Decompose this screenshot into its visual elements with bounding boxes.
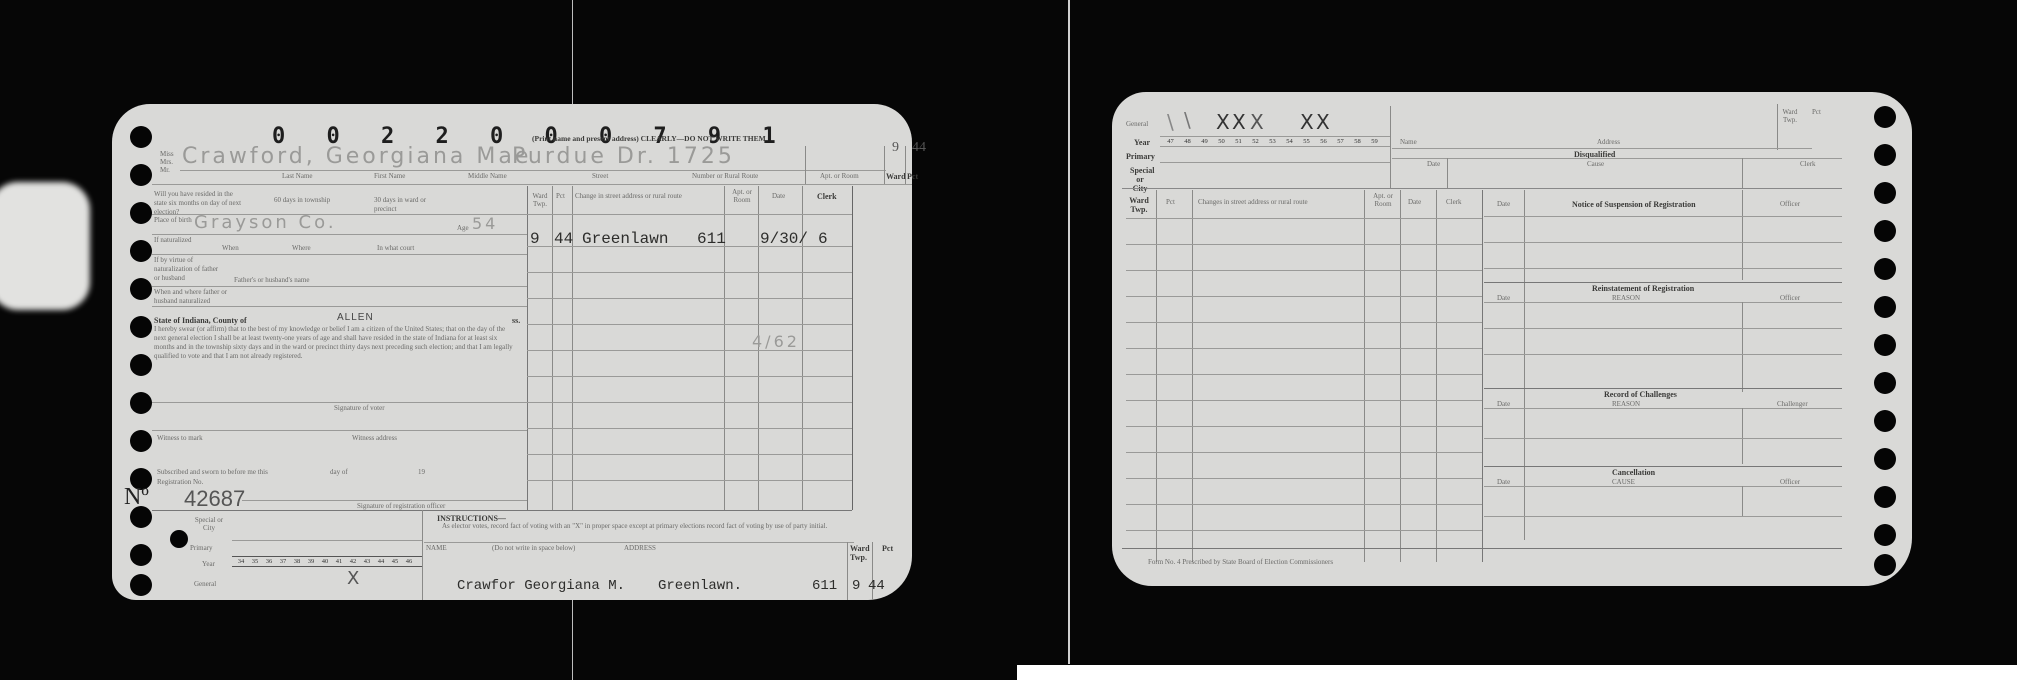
row-label-special: Special or City (194, 516, 224, 532)
year-cell: 35 (248, 558, 262, 565)
divider (152, 306, 527, 307)
disq-cause-label: Cause (1587, 160, 1604, 168)
punch-hole (130, 240, 152, 262)
year-cell: 56 (1315, 138, 1332, 145)
header-ward: Ward Twp. (1126, 196, 1152, 214)
divider (1742, 486, 1743, 516)
row-label-general: General (1126, 120, 1148, 128)
divider (1484, 282, 1842, 283)
year-cell: 47 (1162, 138, 1179, 145)
punch-hole (170, 530, 188, 548)
place-of-birth-value: Grayson Co. (194, 212, 337, 233)
year-cell: 45 (388, 558, 402, 565)
year-cell: 58 (1349, 138, 1366, 145)
cancellation-officer-label: Officer (1780, 478, 1800, 486)
vote-mark-x: X (1316, 110, 1330, 134)
label-first-name: First Name (374, 172, 405, 180)
virtue-label: If by virtue of naturalization of father… (154, 256, 224, 283)
grid-line (232, 566, 422, 567)
grid-line (232, 540, 422, 541)
row-line (1484, 268, 1842, 269)
grid-line (1160, 162, 1390, 163)
year-cell: 54 (1281, 138, 1298, 145)
divider (1742, 408, 1743, 464)
year-cell: 48 (1179, 138, 1196, 145)
row-label-general: General (194, 580, 216, 588)
label-pct: Pct (907, 172, 918, 181)
divider (152, 510, 852, 511)
year-cell: 44 (374, 558, 388, 565)
punch-hole (1874, 524, 1896, 546)
footer-address-label: ADDRESS (624, 544, 656, 552)
header-ward: Ward Twp. (530, 192, 550, 208)
grid-line (232, 556, 422, 557)
divider (1364, 190, 1365, 562)
row-line (1126, 244, 1482, 245)
reinstatement-officer-label: Officer (1780, 294, 1800, 302)
footer-note: (Do not write in space below) (492, 544, 575, 552)
disq-clerk-label: Clerk (1800, 160, 1816, 168)
prefix-miss: Miss (160, 150, 174, 158)
signature-line (152, 402, 527, 403)
label-middle-name: Middle Name (468, 172, 507, 180)
header-apt: Apt. or Room (1367, 192, 1399, 208)
divider (805, 146, 806, 184)
year-cell: 49 (1196, 138, 1213, 145)
divider (1392, 158, 1842, 159)
divider (152, 286, 527, 287)
year-cell: 59 (1366, 138, 1383, 145)
punch-hole (1874, 486, 1896, 508)
divider (1392, 148, 1812, 149)
punch-hole (130, 574, 152, 596)
header-clerk: Clerk (1446, 198, 1462, 206)
divider (152, 184, 912, 185)
row-line (1484, 354, 1842, 355)
row-line (527, 428, 852, 429)
cancellation-cause-label: CAUSE (1612, 478, 1635, 486)
year-cell: 37 (276, 558, 290, 565)
vote-mark-x: X (1232, 110, 1246, 134)
row-line (1126, 426, 1482, 427)
registration-card-front: 0 0 2 2 0 0 0 7 9 1 (Print name and pres… (112, 104, 912, 600)
label-last-name: Last Name (282, 172, 313, 180)
year-cell: 50 (1213, 138, 1230, 145)
row-line (527, 402, 852, 403)
divider (847, 542, 848, 600)
reinstatement-title: Reinstatement of Registration (1592, 284, 1694, 293)
year-label: 19 (418, 468, 425, 476)
age-label: Age (457, 224, 469, 232)
footer-typed-name: Crawfor Georgiana M. (457, 578, 625, 594)
punch-hole (130, 544, 152, 566)
divider (1742, 302, 1743, 392)
reg-officer-label: Signature of registration officer (357, 502, 445, 510)
divider (1777, 104, 1778, 150)
year-cell: 40 (318, 558, 332, 565)
signature-line (242, 500, 527, 501)
year-cell: 55 (1298, 138, 1315, 145)
year-cell: 46 (402, 558, 416, 565)
subscribed-label: Subscribed and sworn to before me this (157, 468, 268, 476)
row-line (527, 376, 852, 377)
punch-hole (1874, 106, 1896, 128)
registration-number: 42687 (184, 486, 245, 512)
footer-typed-number: 611 (812, 578, 837, 594)
oath-text: I hereby swear (or affirm) that to the b… (154, 325, 514, 361)
days-30-label: 30 days in ward or precinct (374, 196, 434, 214)
row-line (1126, 348, 1482, 349)
row-line (527, 350, 852, 351)
frame-border (1017, 665, 2017, 680)
year-cell: 53 (1264, 138, 1281, 145)
punch-hole (1874, 296, 1896, 318)
header-instruction: (Print name and present address) CLEARLY… (532, 134, 766, 143)
prefix-mrs: Mrs. (160, 158, 173, 166)
challenges-challenger-label: Challenger (1777, 400, 1808, 408)
registration-card-back: General Year Primary Special or City 47 … (1112, 92, 1912, 586)
row-line (1126, 270, 1482, 271)
row-line (1484, 408, 1842, 409)
divider (1482, 190, 1483, 562)
punch-hole (1874, 410, 1896, 432)
father-name-label: Father's or husband's name (234, 276, 309, 284)
oath-heading: State of Indiana, County of (154, 316, 247, 325)
row-line (1484, 486, 1842, 487)
row-line (527, 246, 852, 247)
suspension-officer-label: Officer (1780, 200, 1800, 208)
label-number: Number or Rural Route (692, 172, 758, 180)
instructions-text: As elector votes, record fact of voting … (442, 522, 842, 531)
header-pct: Pct (556, 192, 565, 200)
divider (1484, 388, 1842, 389)
label-street: Street (592, 172, 608, 180)
disq-date-label: Date (1427, 160, 1440, 168)
reg-no-label: Registration No. (157, 478, 203, 486)
vote-mark-x: X (1250, 110, 1264, 134)
year-cell: 38 (290, 558, 304, 565)
row-line (527, 454, 852, 455)
divider (424, 542, 854, 543)
grid-line (1160, 146, 1390, 147)
punch-hole (1874, 554, 1896, 576)
divider (852, 186, 853, 510)
ward-label: Ward Twp. (1780, 108, 1800, 124)
row-line (1484, 516, 1842, 517)
row-label-primary: Primary (190, 544, 213, 552)
row-line (527, 324, 852, 325)
divider (152, 234, 527, 235)
year-cell: 57 (1332, 138, 1349, 145)
pct-handwritten: 44 (912, 140, 926, 156)
reinstatement-date-label: Date (1497, 294, 1510, 302)
row-line (527, 298, 852, 299)
signature-voter-label: Signature of voter (334, 404, 385, 412)
divider (422, 510, 423, 600)
divider (552, 186, 553, 510)
punch-hole (1874, 372, 1896, 394)
ss-label: ss. (512, 316, 520, 325)
row-line (1126, 504, 1482, 505)
row-line (1484, 242, 1842, 243)
divider (1742, 190, 1743, 280)
divider (1390, 106, 1391, 188)
row-line (527, 272, 852, 273)
name-underline (180, 170, 886, 171)
header-change-address: Change in street address or rural route (575, 192, 682, 200)
punch-hole (130, 354, 152, 376)
divider (1484, 466, 1842, 467)
divider (1156, 190, 1157, 562)
row-line (1126, 400, 1482, 401)
row-line (527, 480, 852, 481)
name-label: Name (1400, 138, 1417, 146)
year-cell: 42 (346, 558, 360, 565)
punch-hole (130, 202, 152, 224)
row-line (1126, 452, 1482, 453)
adjacent-card-edge (0, 182, 90, 310)
divider (1400, 190, 1401, 562)
year-cell: 34 (234, 558, 248, 565)
divider (1742, 158, 1743, 188)
divider (152, 254, 527, 255)
year-cell: 52 (1247, 138, 1264, 145)
row-line (1484, 302, 1842, 303)
header-clerk: Clerk (817, 192, 837, 201)
row-line (527, 214, 852, 215)
frame-divider (1068, 0, 1070, 664)
when-label: When (222, 244, 239, 252)
grid-line (1160, 136, 1390, 137)
footer-typed-address: Greenlawn. (658, 578, 742, 594)
pct-label: Pct (1812, 108, 1821, 116)
divider (1447, 158, 1448, 188)
row-line (1126, 530, 1482, 531)
cancellation-date-label: Date (1497, 478, 1510, 486)
vote-mark-x: \ (1167, 110, 1174, 134)
punch-hole (1874, 220, 1896, 242)
punch-hole (130, 164, 152, 186)
row-line (1484, 216, 1842, 217)
row-line (1126, 374, 1482, 375)
row-line (1126, 218, 1482, 219)
divider (1192, 190, 1193, 562)
label-ward: Ward (886, 172, 906, 181)
cancellation-title: Cancellation (1612, 468, 1655, 477)
punch-hole (130, 126, 152, 148)
ward-handwritten: 9 (892, 140, 899, 156)
challenges-title: Record of Challenges (1604, 390, 1677, 399)
punch-hole (130, 316, 152, 338)
divider (1436, 190, 1437, 562)
punch-hole (1874, 334, 1896, 356)
punch-hole (130, 278, 152, 300)
label-apt: Apt. or Room (820, 172, 859, 180)
header-change-address: Changes in street address or rural route (1198, 198, 1308, 206)
challenges-date-label: Date (1497, 400, 1510, 408)
year-cell: 41 (332, 558, 346, 565)
divider (884, 146, 885, 184)
footer-ward-label: Ward Twp. (850, 544, 870, 562)
address-label: Address (1597, 138, 1620, 146)
punch-hole (1874, 182, 1896, 204)
change-annotation: 4/62 (752, 332, 800, 351)
vote-mark-x: X (347, 568, 359, 589)
header-apt: Apt. or Room (727, 188, 757, 204)
vote-mark-x: X (1300, 110, 1314, 134)
punch-hole (1874, 144, 1896, 166)
divider (1122, 548, 1842, 549)
reinstatement-reason-label: REASON (1612, 294, 1640, 302)
witness-address-label: Witness address (352, 434, 397, 442)
footer-name-label: NAME (426, 544, 447, 552)
naturalized-label: If naturalized (154, 236, 204, 245)
row-label-year: Year (1134, 138, 1150, 147)
header-date: Date (772, 192, 785, 200)
row-line (1126, 296, 1482, 297)
court-label: In what court (377, 244, 414, 252)
year-cell: 51 (1230, 138, 1247, 145)
year-cell: 39 (304, 558, 318, 565)
header-pct: Pct (1166, 198, 1175, 206)
footer-pct-label: Pct (882, 544, 893, 553)
number-prefix: Nº (124, 484, 149, 511)
witness-mark-label: Witness to mark (157, 434, 203, 442)
punch-hole (1874, 258, 1896, 280)
vote-mark-x: X (1216, 110, 1230, 134)
vote-mark-x: \ (1184, 108, 1191, 132)
row-label-year: Year (202, 560, 215, 568)
year-cell: 36 (262, 558, 276, 565)
when-where-label: When and where father or husband natural… (154, 288, 244, 306)
form-footer: Form No. 4 Prescribed by State Board of … (1148, 558, 1333, 566)
voter-name-handwritten: Crawford, Georgiana Mae (182, 144, 531, 169)
prefix-mr: Mr. (160, 166, 170, 174)
header-date: Date (1408, 198, 1421, 206)
divider (527, 186, 528, 510)
row-line (1126, 322, 1482, 323)
day-label: day of (330, 468, 348, 476)
row-line (1484, 438, 1842, 439)
punch-hole (1874, 448, 1896, 470)
suspension-title: Notice of Suspension of Registration (1572, 200, 1696, 209)
row-line (1484, 328, 1842, 329)
divider (1122, 188, 1842, 189)
punch-hole (130, 430, 152, 452)
row-line (1126, 478, 1482, 479)
row-label-primary: Primary (1126, 152, 1155, 161)
challenges-reason-label: REASON (1612, 400, 1640, 408)
place-of-birth-label: Place of birth (154, 216, 194, 225)
where-label: Where (292, 244, 311, 252)
days-60-label: 60 days in township (274, 196, 334, 205)
suspension-date-label: Date (1497, 200, 1510, 208)
punch-hole (130, 392, 152, 414)
footer-typed-ward: 9 (852, 578, 860, 594)
footer-typed-pct: 44 (868, 578, 885, 594)
street-handwritten: Purdue Dr. 1725 (512, 144, 735, 169)
county-value: ALLEN (337, 312, 374, 323)
divider (152, 430, 527, 431)
year-cell: 43 (360, 558, 374, 565)
age-value: 54 (472, 214, 498, 233)
